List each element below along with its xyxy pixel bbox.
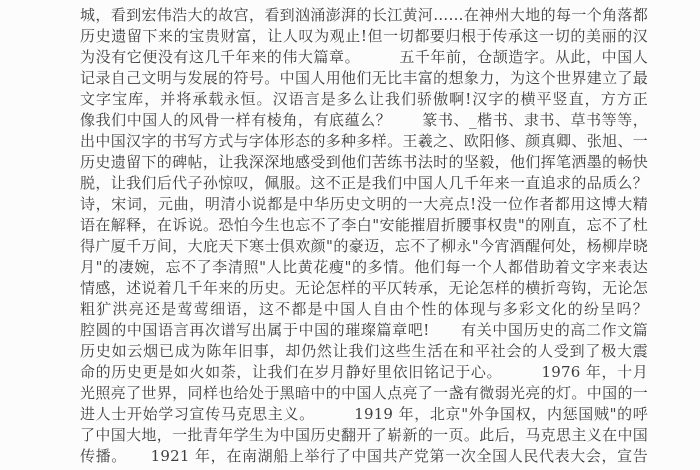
essay-line-13: 月"的凄婉，忘不了李清照"人比黄花瘦"的多情。他们每一个人都借助着文字来表达自己… bbox=[80, 257, 648, 278]
essay-line-22: 传播。 1921 年，在南湖船上举行了中国共产党第一次全国人民代表大会，宣告了中… bbox=[80, 446, 648, 467]
essay-line-20: 进人士开始学习宣传马克思主义。 1919 年，北京"外争国权，内惩国贼"的呼声，… bbox=[80, 404, 648, 425]
essay-line-12: 得广厦千万间，大庇天下寒士俱欢颜"的豪迈，忘不了柳永"今宵酒醒何处，杨柳岸晓风残 bbox=[80, 236, 648, 257]
essay-line-7: 出中国汉字的书写方式与字体形态的多种多样。王羲之、欧阳修、颜真卿、张旭、一张张 bbox=[80, 131, 648, 152]
essay-line-11: 语在解释，在诉说。恐怕今生也忘不了李白"安能摧眉折腰事权贵"的刚直，忘不了杜甫"… bbox=[80, 215, 648, 236]
essay-line-5: 文字宝库，并将承载永恒。汉语言是多么让我们骄傲啊!汉字的横平竖直，方方正正，不就 bbox=[80, 89, 648, 110]
essay-line-16-section-heading: 腔圆的中国语言再次谱写出属于中国的璀璨篇章吧! 有关中国历史的高二作文篇 2 bbox=[80, 320, 648, 341]
essay-line-2: 历史遗留下来的宝贵财富，让人叹为观止!但一切都要归根于传承这一切的美丽的汉字。因 bbox=[80, 26, 648, 47]
essay-line-4: 记录自己文明与发展的符号。中国人用他们无比丰富的想象力，为这个世界建立了最早的 bbox=[80, 68, 648, 89]
essay-text-block: 城，看到宏伟浩大的故宫，看到汹涌澎湃的长江黄河……在神州大地的每一个角落都看到了… bbox=[80, 5, 648, 467]
essay-line-8: 历史遗留下的碑帖，让我深深地感受到他们苦练书法时的坚毅，他们挥笔洒墨的畅快与洒 bbox=[80, 152, 648, 173]
essay-line-6: 像我们中国人的风骨一样有棱角，有底蕴么？ 篆书、_楷书、隶书、草书等等，可以看 bbox=[80, 110, 648, 131]
essay-line-15: 粗犷洪亮还是莺莺细语，这不都是中国人自由个性的体现与多彩文化的纷呈吗？ 让字正 bbox=[80, 299, 648, 320]
essay-line-3: 为没有它便没有这几千年来的伟大篇章。 五千年前，仓颉造字。从此，中国人就有了 bbox=[80, 47, 648, 68]
essay-line-14: 情感，述说着几千年来的历史。无论怎样的平仄转承，无论怎样的横折弯钩，无论怎样的 bbox=[80, 278, 648, 299]
essay-line-21: 了中国大地，一批青年学生为中国历史翻开了崭新的一页。此后，马克思主义在中国广泛 bbox=[80, 425, 648, 446]
essay-line-17: 历史如云烟已成为陈年旧事，却仍然让我们这些生活在和平社会的人受到了极大震撼。革 bbox=[80, 341, 648, 362]
essay-line-9: 脱，让我们后代子孙惊叹，佩服。这不正是我们中国人几千年来一直追求的品质么？ 唐 bbox=[80, 173, 648, 194]
essay-line-18: 命的历史更是如火如荼，让我们在岁月静好里依旧铭记于心。 1976 年，十月革命的… bbox=[80, 362, 648, 383]
essay-line-10: 诗，宋词，元曲，明清小说都是中华历史文明的一大亮点!没一位作者都用这博大精深的汉 bbox=[80, 194, 648, 215]
essay-line-19: 光照亮了世界，同样也给处于黑暗中的中国人点亮了一盏有微弱光亮的灯。中国的一些先 bbox=[80, 383, 648, 404]
essay-line-1: 城，看到宏伟浩大的故宫，看到汹涌澎湃的长江黄河……在神州大地的每一个角落都看到了 bbox=[80, 5, 648, 26]
document-page: 城，看到宏伟浩大的故宫，看到汹涌澎湃的长江黄河……在神州大地的每一个角落都看到了… bbox=[0, 0, 700, 470]
